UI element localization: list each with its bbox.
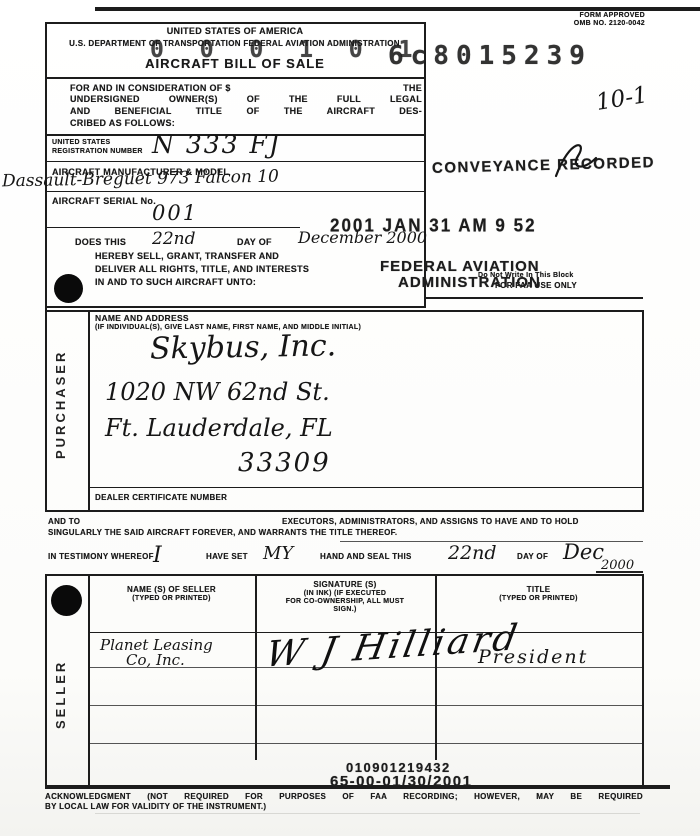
seller-col2-header: SIGNATURE (S) (255, 580, 435, 589)
border-line (45, 22, 47, 512)
border-line (642, 574, 644, 785)
top-scan-line (95, 7, 700, 11)
purchaser-address-line1: 1020 NW 62nd St. (105, 378, 330, 406)
seller-col1-header: NAME (S) OF SELLER (88, 585, 255, 594)
faa-block-note-line2: FOR FAA USE ONLY (495, 281, 577, 290)
purchaser-address-line3: 33309 (238, 448, 331, 478)
seller-col3-header: TITLE (435, 585, 642, 594)
assignment-line1-rest: EXECUTORS, ADMINISTRATORS, AND ASSIGNS T… (282, 517, 579, 526)
scanned-bill-of-sale-document: FORM APPROVED OMB NO. 2120-0042 UNITED S… (0, 0, 700, 836)
handwritten-i: I (153, 543, 162, 568)
day-of-label-2: DAY OF (517, 552, 548, 561)
bottom-faint-line (95, 813, 640, 814)
handwritten-my: MY (263, 543, 293, 564)
dealer-certificate-label: DEALER CERTIFICATE NUMBER (95, 493, 227, 502)
seller-col2-subheader1: (IN INK) (IF EXECUTED (255, 590, 435, 597)
border-line (45, 574, 47, 785)
border-line (45, 306, 425, 308)
hole-punch-mark (51, 585, 82, 616)
manufacturer-value: Dassault-Breguet 973 Falcon 10 (2, 167, 279, 192)
faa-block-note-line1: Do Not Write In This Block (478, 272, 574, 279)
serial-label: AIRCRAFT SERIAL No. (52, 196, 156, 206)
border-line (45, 161, 425, 162)
purchaser-strip-divider (88, 310, 90, 512)
dealer-box-top (88, 487, 643, 488)
hole-punch-mark (54, 274, 83, 303)
seller-col2-subheader3: SIGN.) (255, 606, 435, 613)
have-set-label: HAVE SET (206, 552, 248, 561)
assignment-line2: SINGULARLY THE SAID AIRCRAFT FOREVER, AN… (48, 528, 397, 537)
serial-value: 001 (152, 201, 198, 225)
consideration-line1-left: FOR AND IN CONSIDERATION OF $ (70, 83, 231, 93)
seller-side-label: SELLER (53, 638, 68, 750)
serial-underline (45, 227, 300, 228)
seller-row-line (88, 705, 643, 706)
consideration-line1-right: THE (403, 83, 422, 93)
acknowledgment-line2: BY LOCAL LAW FOR VALIDITY OF THE INSTRUM… (45, 802, 266, 811)
border-line (45, 191, 425, 192)
registration-label-line1: UNITED STATES (52, 139, 110, 146)
seller-table-top (45, 574, 643, 576)
seller-col1-subheader: (TYPED OR PRINTED) (88, 595, 255, 602)
day-of-label: DAY OF (237, 237, 272, 247)
registration-number-value: N 333 FJ (152, 130, 281, 159)
consideration-line2: UNDERSIGNED OWNER(S) OF THE FULL LEGAL (70, 93, 422, 105)
border-line (45, 77, 425, 79)
purchaser-box-top (45, 310, 643, 312)
seller-row-line (88, 743, 643, 744)
handwritten-month-2: Dec (563, 540, 604, 564)
consideration-line4: CRIBED AS FOLLOWS: (70, 117, 422, 129)
omb-number-label: OMB NO. 2120-0042 (520, 20, 645, 27)
header-country: UNITED STATES OF AMERICA (45, 26, 425, 36)
purchaser-address-line2: Ft. Lauderdale, FL (105, 414, 333, 442)
border-line (642, 310, 644, 512)
purchaser-side-label: PURCHASER (53, 336, 68, 472)
recordation-number-stamp-right: 6c8015239 (388, 41, 592, 71)
handwritten-year-2: 2000 (601, 558, 634, 573)
handwritten-day: 22nd (152, 229, 195, 249)
purchaser-box-bottom (45, 510, 643, 512)
acknowledgment-line1: ACKNOWLEDGMENT (NOT REQUIRED FOR PURPOSE… (45, 792, 643, 801)
handwritten-month-year: December 2000 (298, 228, 427, 247)
seller-col3-subheader: (TYPED OR PRINTED) (435, 595, 642, 602)
document-code-stamp: 65-00-01/30/2001 (330, 773, 472, 790)
clause-line4: IN AND TO SUCH AIRCRAFT UNTO: (95, 277, 256, 287)
consideration-line3: AND BENEFICIAL TITLE OF THE AIRCRAFT DES… (70, 105, 422, 117)
hand-seal-label: HAND AND SEAL THIS (320, 552, 412, 561)
handwritten-note-10-1: 10-1 (594, 82, 649, 116)
seller-col2-subheader2: FOR CO-OWNERSHIP, ALL MUST (255, 598, 435, 605)
border-line (45, 22, 425, 24)
purchaser-name-value: Skybus, Inc. (150, 328, 337, 366)
does-this-label: DOES THIS (75, 237, 126, 247)
seller-name-line2: Co, Inc. (126, 651, 185, 669)
handwritten-squiggle (548, 132, 603, 182)
clause-line2: HEREBY SELL, GRANT, TRANSFER AND (95, 251, 279, 261)
faa-block-underline (425, 297, 643, 299)
form-approved-label: FORM APPROVED (520, 12, 645, 19)
handwritten-day-2: 22nd (448, 542, 497, 564)
registration-label-line2: REGISTRATION NUMBER (52, 148, 143, 155)
seller-strip-divider (88, 574, 90, 785)
in-testimony-label: IN TESTIMONY WHEREOF (48, 552, 154, 561)
and-to-label: AND TO (48, 517, 80, 526)
recordation-number-stamp-left: 0 0 0 1 0 1 (150, 37, 423, 63)
conveyance-recorded-stamp: CONVEYANCE RECORDED (432, 154, 655, 177)
purchaser-name-address-label: NAME AND ADDRESS (95, 313, 189, 323)
consideration-clause: FOR AND IN CONSIDERATION OF $ THE UNDERS… (70, 83, 422, 129)
clause-line3: DELIVER ALL RIGHTS, TITLE, AND INTERESTS (95, 264, 309, 274)
seller-title-value: President (478, 646, 588, 668)
